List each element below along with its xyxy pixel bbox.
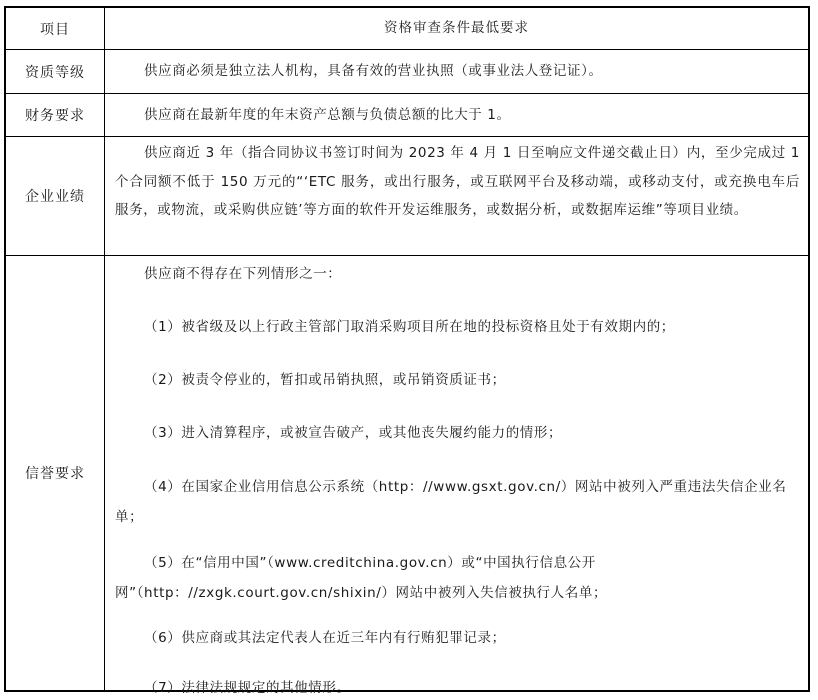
- credit-item-7: （7）法律法规规定的其他情形。: [115, 674, 800, 700]
- credit-item-2: （2）被责令停业的，暂扣或吊销执照，或吊销资质证书；: [115, 366, 800, 395]
- row-text: 供应商在最新年度的年末资产总额与负债总额的比大于 1。: [105, 94, 808, 136]
- row-label: 企业业绩: [6, 137, 105, 255]
- row-text-content: 供应商在最新年度的年末资产总额与负债总额的比大于 1。: [115, 101, 800, 130]
- row-text: 供应商近 3 年（指合同协议书签订时间为 2023 年 4 月 1 日至响应文件…: [105, 137, 808, 255]
- row-label: 财务要求: [6, 94, 105, 136]
- credit-item-5: （5）在“信用中国”（www.creditchina.gov.cn）或“中国执行…: [115, 548, 800, 608]
- header-requirements-label: 资格审查条件最低要求: [105, 8, 808, 49]
- credit-item-6: （6）供应商或其法定代表人在近三年内有行贿犯罪记录；: [115, 624, 800, 653]
- credit-item-4: （4）在国家企业信用信息公示系统（http：//www.gsxt.gov.cn/…: [115, 472, 800, 532]
- table-row-performance: 企业业绩 供应商近 3 年（指合同协议书签订时间为 2023 年 4 月 1 日…: [6, 137, 808, 256]
- qualification-table: 项目 资格审查条件最低要求 资质等级 供应商必须是独立法人机构，具备有效的营业执…: [4, 6, 810, 692]
- table-header-row: 项目 资格审查条件最低要求: [6, 8, 808, 50]
- row-text-content: 供应商近 3 年（指合同协议书签订时间为 2023 年 4 月 1 日至响应文件…: [115, 139, 800, 225]
- row-label: 信誉要求: [6, 256, 105, 690]
- row-text: 供应商必须是独立法人机构，具备有效的营业执照（或事业法人登记证）。: [105, 50, 808, 93]
- credit-intro: 供应商不得存在下列情形之一：: [115, 260, 800, 289]
- row-text: 供应商不得存在下列情形之一： （1）被省级及以上行政主管部门取消采购项目所在地的…: [105, 256, 808, 690]
- row-label: 资质等级: [6, 50, 105, 93]
- credit-item-1: （1）被省级及以上行政主管部门取消采购项目所在地的投标资格且处于有效期内的；: [115, 313, 800, 342]
- row-text-content: 供应商必须是独立法人机构，具备有效的营业执照（或事业法人登记证）。: [115, 57, 800, 86]
- credit-item-3: （3）进入清算程序，或被宣告破产，或其他丧失履约能力的情形；: [115, 419, 800, 448]
- header-item-label: 项目: [6, 8, 105, 49]
- table-row-financial: 财务要求 供应商在最新年度的年末资产总额与负债总额的比大于 1。: [6, 94, 808, 137]
- table-row-credit: 信誉要求 供应商不得存在下列情形之一： （1）被省级及以上行政主管部门取消采购项…: [6, 256, 808, 690]
- table-row-qualification-level: 资质等级 供应商必须是独立法人机构，具备有效的营业执照（或事业法人登记证）。: [6, 50, 808, 94]
